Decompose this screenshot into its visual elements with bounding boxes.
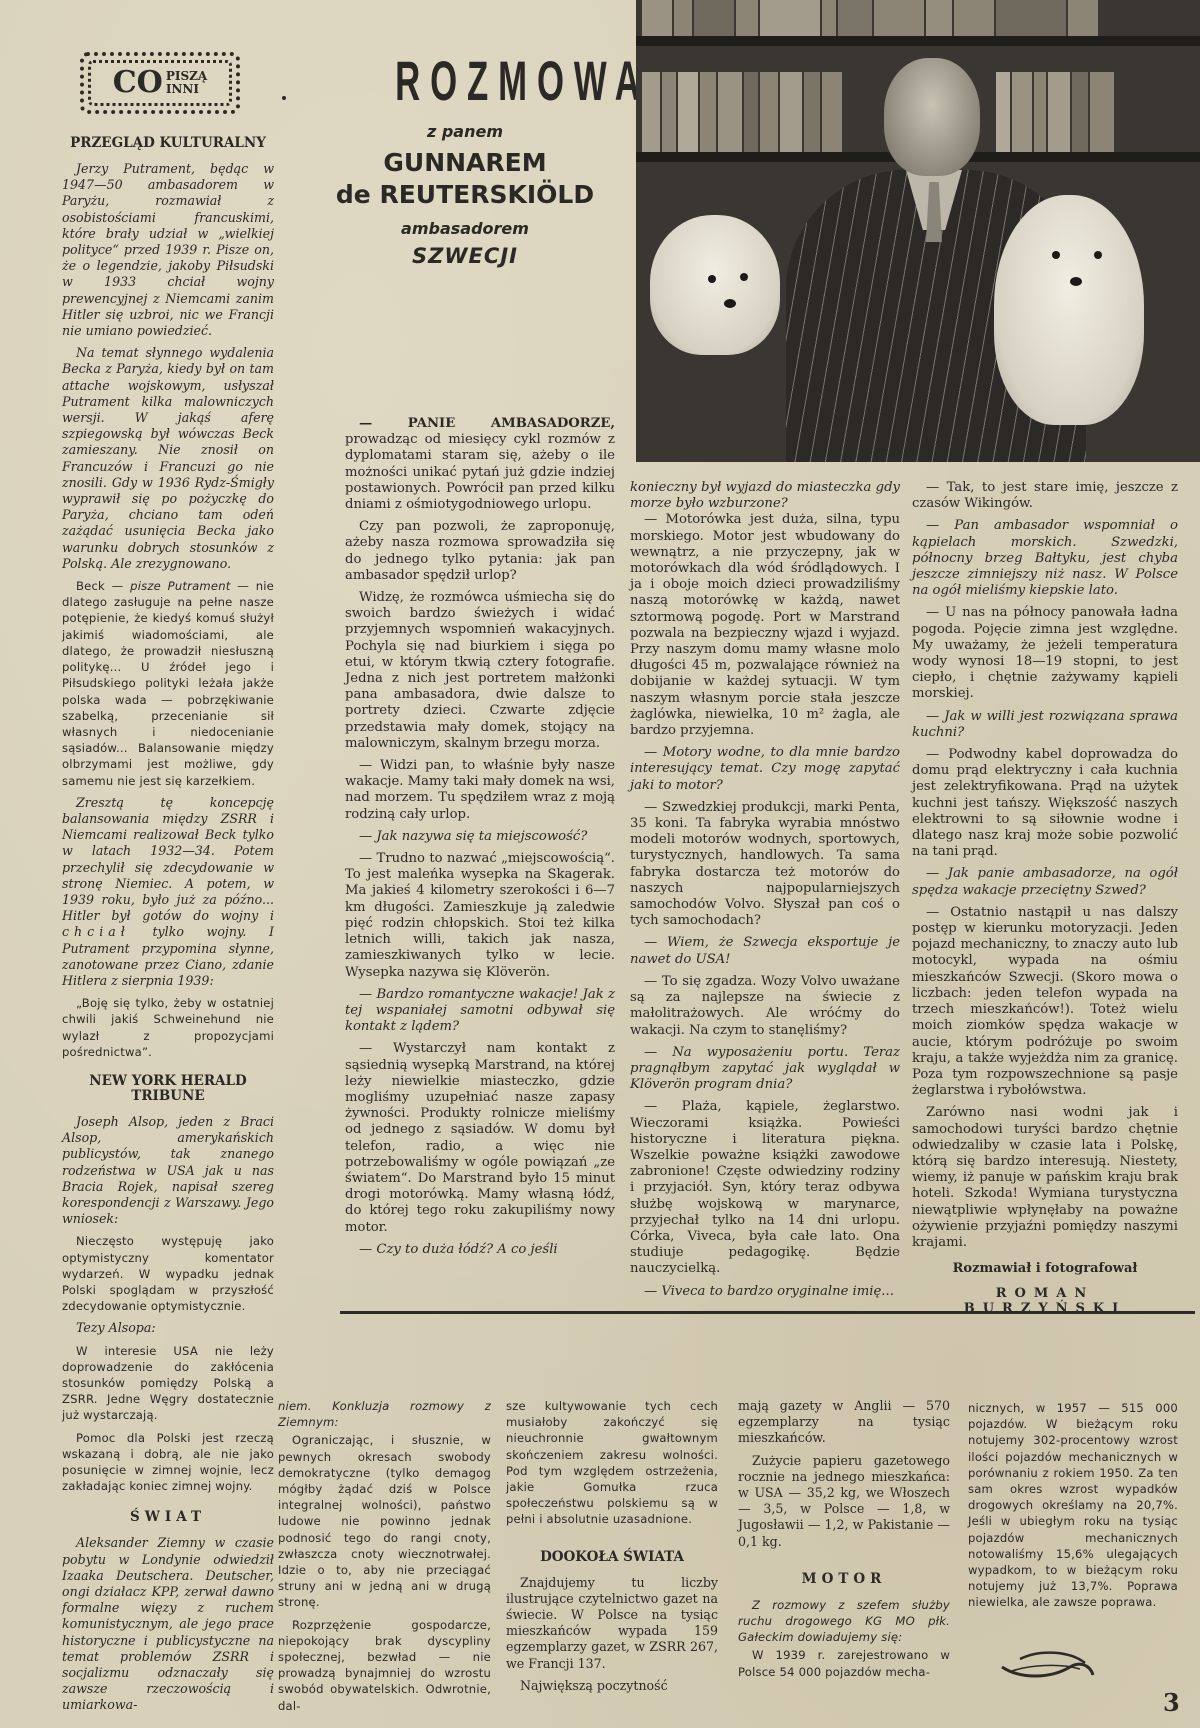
paragraph: mają gazety w Anglii — 570 egzemplarzy n…: [738, 1398, 950, 1447]
paragraph: Beck — pisze Putrament — nie dlatego zas…: [62, 578, 274, 789]
article-title-block: ROZMOWA z panem GUNNAREM de REUTERSKIÖLD…: [300, 50, 630, 268]
logo-bottom-text: INNI: [166, 83, 207, 96]
title-country: SZWECJI: [300, 244, 630, 268]
paragraph: sze kultywowanie tych cech musiałoby zak…: [506, 1398, 718, 1528]
paragraph: Jerzy Putrament, będąc w 1947—50 ambasad…: [62, 161, 274, 339]
paragraph: W 1939 r. zarejestrowano w Polsce 54 000…: [738, 1647, 950, 1679]
paragraph: — Ostatnio nastąpił u nas dalszy postęp …: [912, 905, 1178, 1099]
paragraph: Widzę, że rozmówca uśmiecha się do swoic…: [345, 590, 615, 752]
interview-column-1: — PANIE AMBASADORZE, prowadząc od miesię…: [345, 416, 615, 1264]
paragraph: — U nas na północy panowała ładna pogoda…: [912, 605, 1178, 702]
paragraph: — Plaża, kąpiele, żeglarstwo. Wieczorami…: [630, 1099, 900, 1277]
question: — Jak nazywa się ta miejscowość?: [345, 829, 615, 845]
paragraph: — Podwodny kabel doprowadza do domu prąd…: [912, 747, 1178, 860]
co-pisza-inni-logo: CO PISZĄ INNI: [80, 52, 240, 114]
text: Beck —: [76, 579, 130, 593]
bottom-column-1: niem. Konkluzja rozmowy z Ziemnym: Ogran…: [278, 1398, 491, 1720]
heading-new-york-herald-tribune: NEW YORK HERALD TRIBUNE: [62, 1074, 274, 1104]
bottom-column-4: nicznych, w 1957 — 515 000 pojazdów. W b…: [968, 1400, 1178, 1617]
paragraph: Na temat słynnego wydalenia Becka z Pary…: [62, 345, 274, 572]
text: prowadząc od miesięcy cykl rozmów z dypl…: [345, 432, 615, 512]
quote-paragraph: „Boję się tylko, żeby w ostatniej chwili…: [62, 995, 274, 1060]
text: pisze Putrament: [130, 579, 230, 593]
title-z-panem: z panem: [300, 122, 630, 141]
text: chciał: [62, 924, 130, 939]
question: — Jak panie ambasadorze, na ogół spędza …: [912, 866, 1178, 898]
bottom-column-2: sze kultywowanie tych cech musiałoby zak…: [506, 1398, 718, 1700]
man-head: [884, 58, 980, 176]
paragraph: Aleksander Ziemny w czasie pobytu w Lond…: [62, 1535, 274, 1713]
heading-motor: MOTOR: [738, 1572, 950, 1587]
text: — nie dlatego zasługuje na pełne nasze p…: [62, 579, 274, 787]
paragraph: Pomoc dla Polski jest rzeczą wskazaną i …: [62, 1430, 274, 1495]
question: — Pan ambasador wspomniał o kąpielach mo…: [912, 518, 1178, 599]
interview-column-3: — Tak, to jest stare imię, jeszcze z cza…: [912, 480, 1178, 1326]
flourish-ornament-icon: [1000, 1645, 1095, 1685]
heading-dookola-swiata: DOOKOŁA ŚWIATA: [506, 1550, 718, 1565]
press-review-column: PRZEGLĄD KULTURALNY Jerzy Putrament, będ…: [62, 136, 274, 1720]
paragraph: Tezy Alsopa:: [62, 1320, 274, 1336]
page-number: 3: [1163, 1688, 1180, 1717]
paragraph: Największą poczytność: [506, 1678, 718, 1694]
paragraph: Rozprzężenie gospodarcze, niepokojący br…: [278, 1617, 491, 1714]
text: Zresztą tę koncepcję balansowania między…: [62, 795, 274, 923]
title-role: ambasadorem: [300, 219, 630, 238]
paragraph: — Motorówka jest duża, silna, typu morsk…: [630, 512, 900, 739]
bookshelf-row: [636, 0, 1200, 36]
paragraph: Zarówno nasi wodni jak i samochodowi tur…: [912, 1105, 1178, 1251]
paragraph: W interesie USA nie leży doprowadzenie d…: [62, 1343, 274, 1424]
interviewer-opening: — PANIE AMBASADORZE,: [359, 416, 615, 431]
paragraph: Ograniczając, i słusznie, w pewnych okre…: [278, 1432, 491, 1610]
logo-co-text: CO: [113, 68, 163, 98]
bottom-column-3: mają gazety w Anglii — 570 egzemplarzy n…: [738, 1398, 950, 1686]
paragraph: Zużycie papieru gazetowego rocznie na je…: [738, 1453, 950, 1550]
paragraph: — Tak, to jest stare imię, jeszcze z cza…: [912, 480, 1178, 512]
paragraph: Czy pan pozwoli, że zaproponuję, ażeby n…: [345, 519, 615, 584]
paragraph: Nieczęsto występuję jako optymistyczny k…: [62, 1233, 274, 1314]
question: — Bardzo romantyczne wakacje! Jak z tej …: [345, 987, 615, 1036]
title-name-last: de REUTERSKIÖLD: [300, 179, 630, 211]
question: — Wiem, że Szwecja eksportuje je nawet d…: [630, 935, 900, 967]
white-dog-right: [994, 195, 1144, 425]
shelf: [636, 36, 1200, 46]
horizontal-divider: [340, 1311, 1195, 1314]
title-name-first: GUNNAREM: [300, 147, 630, 179]
paragraph: — To się zgadza. Wozy Volvo uważane są z…: [630, 974, 900, 1039]
title-rozmowa: ROZMOWA: [395, 50, 575, 112]
ambassador-photo: [636, 0, 1200, 462]
paragraph: — PANIE AMBASADORZE, prowadząc od miesię…: [345, 416, 615, 513]
paragraph: — Szwedzkiej produkcji, marki Penta, 35 …: [630, 800, 900, 930]
paragraph: Zresztą tę koncepcję balansowania między…: [62, 795, 274, 989]
paragraph: nicznych, w 1957 — 515 000 pojazdów. W b…: [968, 1400, 1178, 1611]
heading-przeglad-kulturalny: PRZEGLĄD KULTURALNY: [62, 136, 274, 151]
interview-column-2: konieczny był wyjazd do miasteczka gdy m…: [630, 480, 900, 1306]
white-dog-left: [650, 215, 780, 355]
decorative-dot: [282, 96, 286, 100]
paragraph: Joseph Alsop, jeden z Braci Alsop, amery…: [62, 1114, 274, 1227]
paragraph: niem. Konkluzja rozmowy z Ziemnym:: [278, 1398, 491, 1430]
question-continued: konieczny był wyjazd do miasteczka gdy m…: [630, 480, 900, 512]
paragraph: Znajdujemy tu liczby ilustrujące czyteln…: [506, 1575, 718, 1672]
heading-swiat: ŚWIAT: [62, 1510, 274, 1525]
credit-line: Rozmawiał i fotografował: [912, 1261, 1178, 1276]
paragraph: — Trudno to nazwać „miejscowością“. To j…: [345, 851, 615, 981]
paragraph: — Widzi pan, to właśnie były nasze wakac…: [345, 758, 615, 823]
paragraph: Z rozmowy z szefem służby ruchu drogoweg…: [738, 1597, 950, 1646]
question: — Jak w willi jest rozwiązana sprawa kuc…: [912, 709, 1178, 741]
question: — Czy to duża łódź? A co jeśli: [345, 1242, 615, 1258]
paragraph: — Wystarczył nam kontakt z sąsiednią wys…: [345, 1041, 615, 1235]
question: — Na wyposażeniu portu. Teraz pragnąłbym…: [630, 1045, 900, 1094]
question: — Motory wodne, to dla mnie bardzo inter…: [630, 745, 900, 794]
question: — Viveca to bardzo oryginalne imię...: [630, 1284, 900, 1300]
